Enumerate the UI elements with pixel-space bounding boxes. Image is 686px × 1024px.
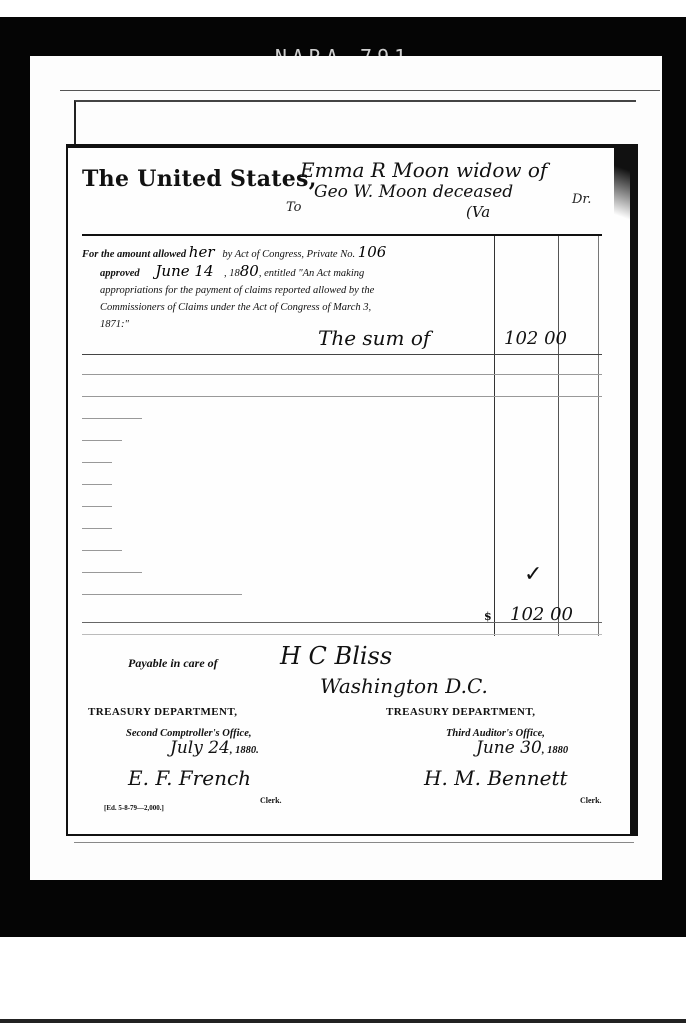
voucher-form: The United States, Emma R Moon widow of … bbox=[66, 144, 638, 836]
ledger-line bbox=[82, 594, 242, 595]
act-description: For the amount allowed her by Act of Con… bbox=[82, 244, 492, 333]
form-title: The United States, bbox=[82, 166, 317, 192]
ledger-line bbox=[82, 550, 122, 551]
dollar-sign: $ bbox=[484, 610, 492, 623]
act-text: by Act of Congress, Private No. bbox=[222, 249, 355, 260]
ledger-line bbox=[82, 354, 602, 355]
approved-year-prefix: , 18 bbox=[224, 268, 240, 279]
amount-column-right bbox=[598, 236, 599, 636]
allowed-to: her bbox=[189, 243, 215, 261]
left-clerk-label: Clerk. bbox=[260, 796, 282, 805]
ledger-line bbox=[82, 462, 112, 463]
left-date-handwritten: July 24 bbox=[170, 738, 230, 758]
scan-rule-top bbox=[60, 90, 660, 91]
private-number: 106 bbox=[358, 243, 387, 261]
total-amount: 102 00 bbox=[510, 604, 573, 625]
body-line-3: appropriations for the payment of claims… bbox=[82, 282, 492, 299]
right-date-handwritten: June 30 bbox=[476, 738, 542, 758]
ledger-line bbox=[82, 374, 602, 375]
amount-column-mid bbox=[558, 236, 559, 636]
sum-amount: 102 00 bbox=[504, 328, 567, 349]
left-date: July 24, 1880. bbox=[170, 738, 259, 758]
agent-location: Washington D.C. bbox=[320, 674, 488, 698]
header-rule bbox=[82, 234, 602, 236]
body-line-4: Commissioners of Claims under the Act of… bbox=[82, 299, 492, 316]
payee-name: Emma R Moon widow of bbox=[300, 158, 547, 182]
ledger-line bbox=[82, 634, 602, 635]
ledger-line bbox=[82, 572, 142, 573]
agent-name: H C Bliss bbox=[280, 642, 392, 670]
ledger-line bbox=[82, 396, 602, 397]
ledger-line bbox=[82, 484, 112, 485]
right-clerk-label: Clerk. bbox=[580, 796, 602, 805]
right-signature: H. M. Bennett bbox=[424, 766, 568, 790]
ledger-line bbox=[82, 528, 112, 529]
sum-label: The sum of bbox=[318, 326, 430, 350]
ledger-line bbox=[82, 418, 142, 419]
body-line-5: 1871:" bbox=[82, 316, 492, 333]
bottom-margin bbox=[0, 937, 686, 1023]
top-margin bbox=[0, 0, 686, 17]
approved-label: approved bbox=[100, 268, 140, 279]
dr-label: Dr. bbox=[572, 192, 591, 207]
left-date-year: , 1880. bbox=[230, 745, 259, 756]
lower-sheet-edge bbox=[74, 842, 634, 843]
ledger-line bbox=[82, 506, 112, 507]
ledger-line bbox=[82, 440, 122, 441]
to-label: To bbox=[286, 200, 302, 215]
intro-text: For the amount allowed bbox=[82, 249, 186, 260]
right-department: TREASURY DEPARTMENT, bbox=[386, 706, 535, 718]
left-signature: E. F. French bbox=[128, 766, 251, 790]
right-date-year: , 1880 bbox=[542, 745, 568, 756]
corner-shadow bbox=[614, 144, 638, 234]
payee-state: (Va bbox=[466, 203, 490, 221]
check-mark: ✓ bbox=[524, 562, 542, 587]
entitled-text: , entitled "An Act making bbox=[259, 268, 364, 279]
approved-year-suffix: 80 bbox=[240, 262, 259, 280]
payable-label: Payable in care of bbox=[128, 656, 218, 671]
approved-date: June 14 bbox=[155, 262, 213, 280]
right-date: June 30, 1880 bbox=[476, 738, 568, 758]
left-department: TREASURY DEPARTMENT, bbox=[88, 706, 237, 718]
amount-column-left bbox=[494, 236, 495, 636]
payee-relation: Geo W. Moon deceased bbox=[314, 182, 513, 202]
form-number: [Ed. 5-8-79—2,000.] bbox=[104, 804, 164, 812]
